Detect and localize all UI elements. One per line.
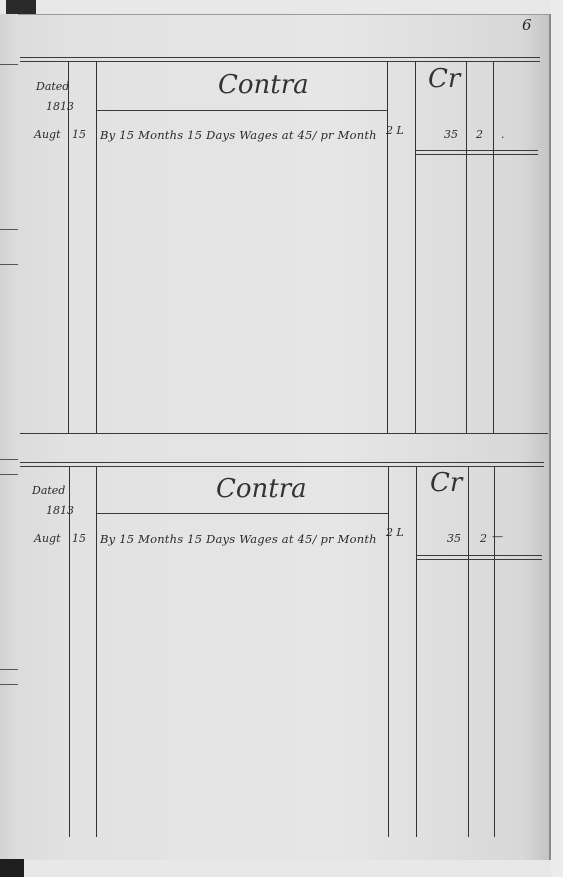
date-label: Dated (32, 484, 65, 497)
leaf-rule (0, 64, 18, 65)
header-rule (20, 57, 540, 58)
page-number: 6 (522, 16, 532, 34)
column-rule (388, 467, 389, 837)
header-rule (20, 61, 540, 62)
column-rule (68, 62, 69, 434)
entry-folio: 2 L (386, 124, 404, 137)
leaf-rule (0, 264, 18, 265)
entry-pounds: 35 (447, 532, 461, 545)
total-rule (416, 559, 542, 560)
column-rule (494, 467, 495, 837)
entry-pounds: 35 (444, 128, 458, 141)
column-rule (96, 62, 97, 434)
entry-description: By 15 Months 15 Days Wages at 45/ pr Mon… (100, 128, 377, 142)
section-bottom-rule (20, 433, 548, 434)
column-rule (416, 467, 417, 837)
entry-shillings: 2 (480, 532, 487, 545)
entry-pence: — (492, 530, 503, 543)
column-rule (468, 467, 469, 837)
contra-heading: Contra (216, 474, 307, 504)
date-year: 1813 (46, 504, 74, 517)
entry-folio: 2 L (386, 526, 404, 539)
total-rule (415, 154, 538, 155)
total-rule (416, 555, 542, 556)
binding-edge (0, 859, 24, 877)
scan-margin (551, 0, 563, 877)
column-rule (493, 62, 494, 434)
header-rule (20, 462, 544, 463)
binding-edge (6, 0, 36, 14)
entry-day: 15 (72, 128, 86, 141)
contra-heading: Contra (218, 70, 309, 100)
column-rule (415, 62, 416, 434)
adjacent-leaf (0, 14, 20, 859)
column-rule (69, 467, 70, 837)
entry-pence: . (501, 128, 505, 141)
column-rule (96, 467, 97, 837)
date-year: 1813 (46, 100, 74, 113)
entry-day: 15 (72, 532, 86, 545)
entry-month: Augt (34, 532, 61, 545)
leaf-rule (0, 474, 18, 475)
column-rule (387, 62, 388, 434)
leaf-rule (0, 229, 18, 230)
entry-description: By 15 Months 15 Days Wages at 45/ pr Mon… (100, 532, 377, 546)
entry-month: Augt (34, 128, 61, 141)
leaf-rule (0, 684, 18, 685)
heading-underline (96, 110, 387, 111)
heading-underline (96, 513, 388, 514)
credit-heading: Cr (428, 64, 460, 94)
date-label: Dated (36, 80, 69, 93)
total-rule (415, 150, 538, 151)
header-rule (20, 466, 544, 467)
credit-heading: Cr (430, 468, 462, 498)
column-rule (466, 62, 467, 434)
leaf-rule (0, 459, 18, 460)
leaf-rule (0, 669, 18, 670)
entry-shillings: 2 (476, 128, 483, 141)
